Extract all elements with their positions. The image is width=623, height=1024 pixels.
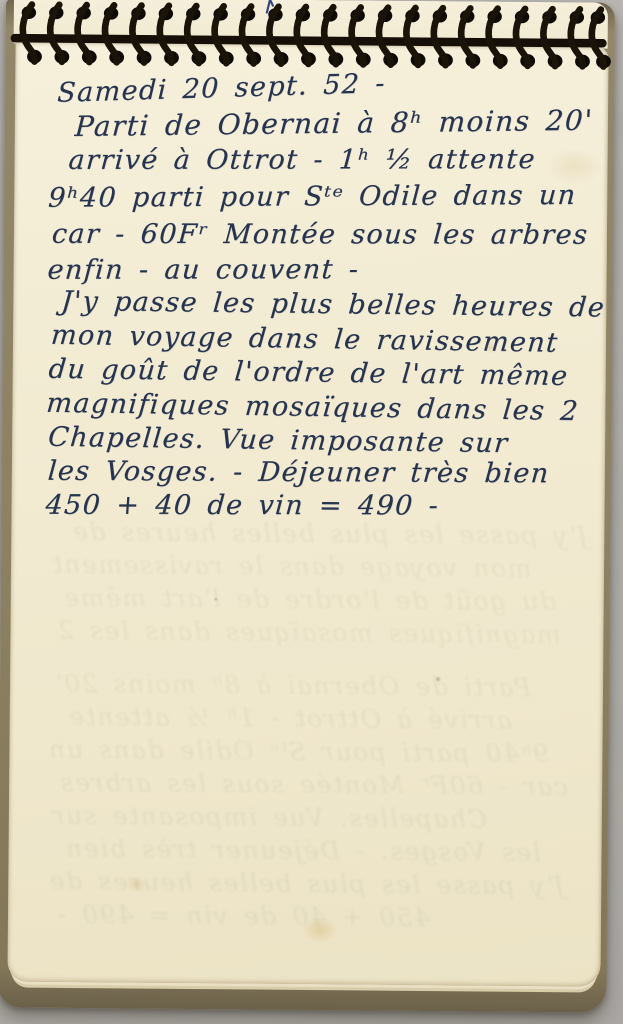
spiral-binding: [2, 0, 617, 77]
handwriting-line: Parti de Obernai à 8ʰ moins 20': [74, 104, 594, 143]
handwriting-line: J'y passe les plus belles heures de: [60, 286, 606, 324]
handwriting-line: Chapelles. Vue imposante sur: [47, 422, 510, 459]
handwriting-line: car - 60Fʳ Montée sous les arbres: [51, 219, 590, 251]
photo-background: { "colors": { "background": "#b4b1ad", "…: [0, 0, 623, 1024]
handwriting-line: arrivé à Ottrot - 1ʰ ½ attente: [68, 144, 537, 176]
handwriting-line: 450 + 40 de vin = 490 -: [44, 490, 440, 522]
handwriting-line: magnifiques mosaïques dans les 2: [45, 388, 580, 427]
notebook-page: Samedi 20 sept. 52 - Parti de Obernai à …: [7, 41, 608, 986]
handwriting-line: mon voyage dans le ravissement: [50, 320, 560, 359]
handwriting-line: enfin - au couvent -: [47, 254, 361, 286]
handwriting-line: les Vosges. - Déjeuner très bien: [47, 456, 551, 490]
handwriting-line: du goût de l'ordre de l'art même: [47, 354, 569, 392]
notebook: Samedi 20 sept. 52 - Parti de Obernai à …: [0, 0, 617, 1013]
handwriting-block: Samedi 20 sept. 52 - Parti de Obernai à …: [7, 41, 608, 986]
handwriting-line: 9ʰ40 parti pour Sᵗᵉ Odile dans un: [47, 180, 577, 214]
